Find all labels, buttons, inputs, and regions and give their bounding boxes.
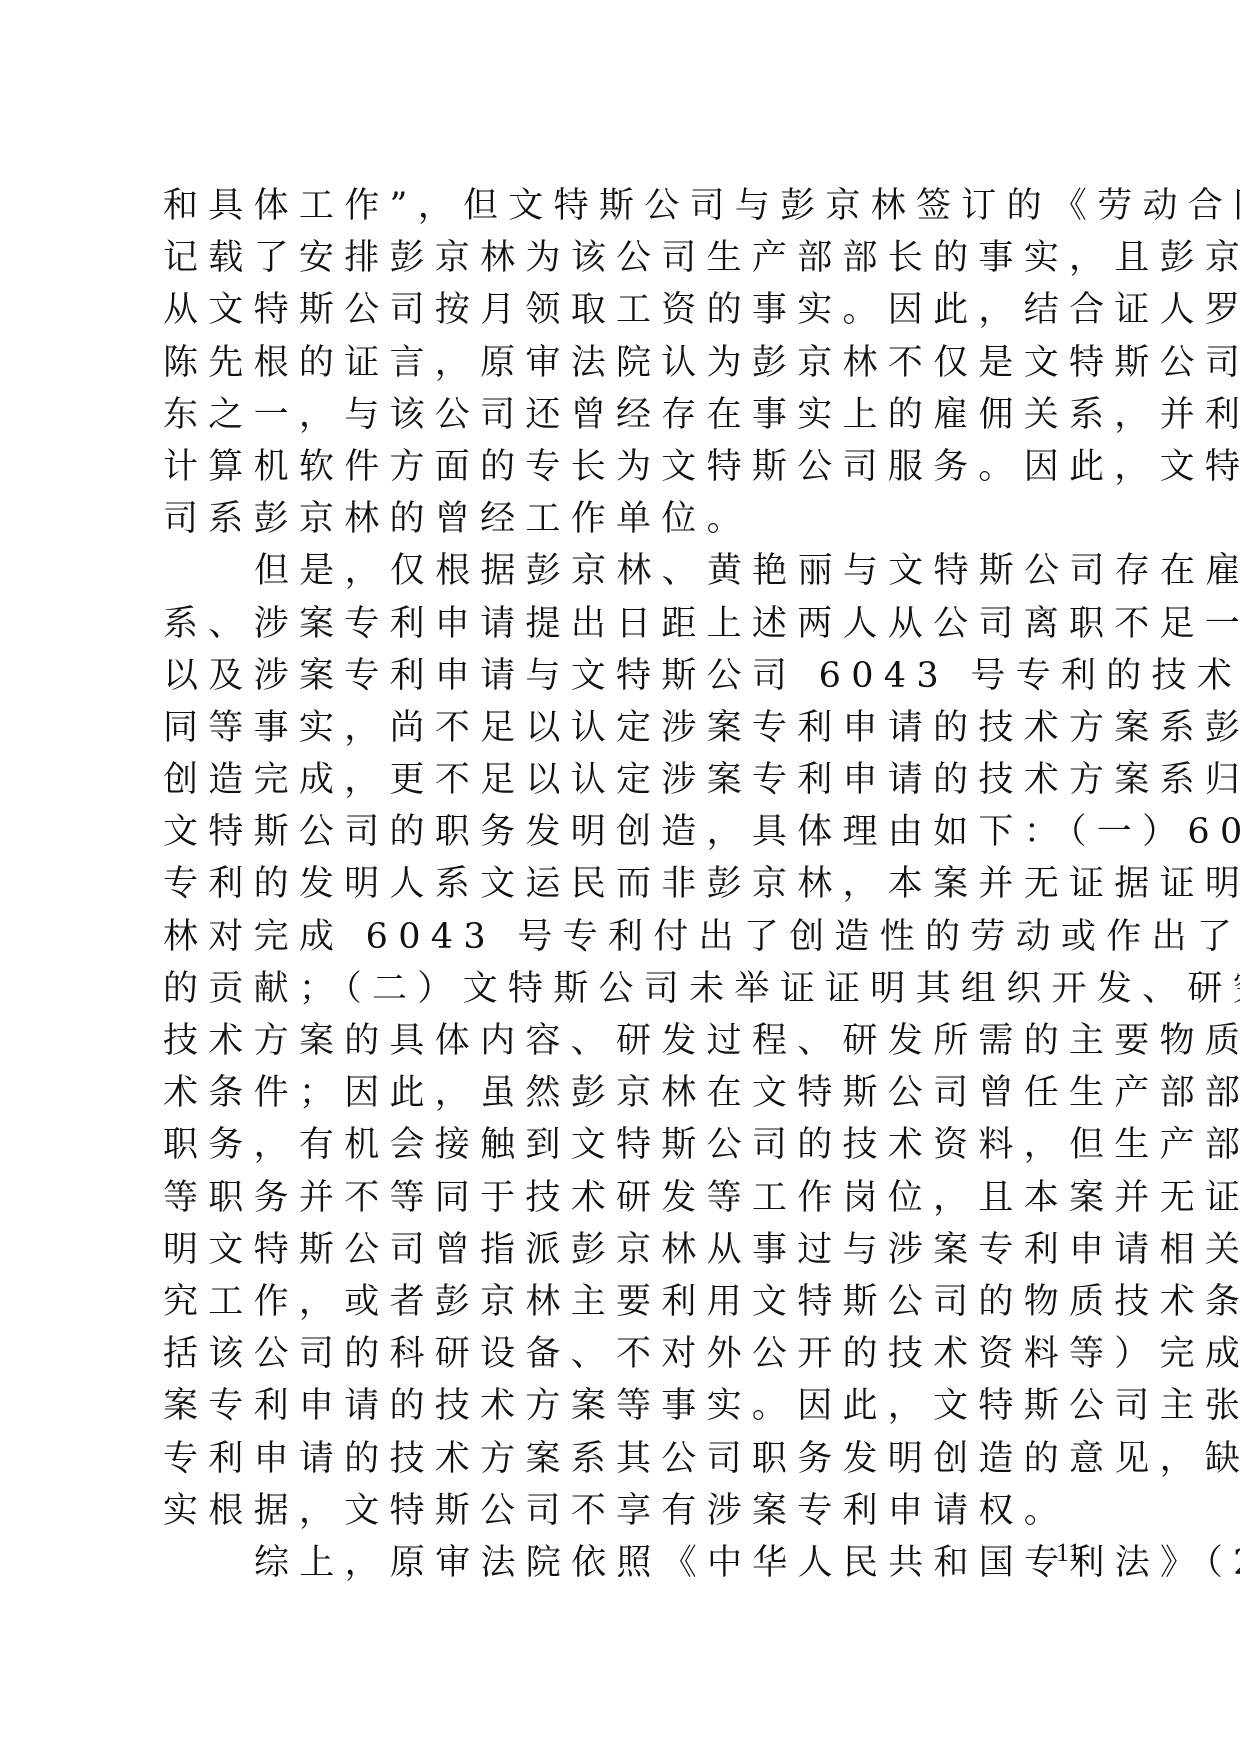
paragraph-start-line: 综上，原审法院依照《中华人民共和国专利法》（2008 — [163, 1537, 1093, 1589]
text-line: 系、涉案专利申请提出日距上述两人从公司离职不足一年， — [163, 598, 1093, 650]
text-line: 陈先根的证言，原审法院认为彭京林不仅是文特斯公司的股 — [163, 337, 1093, 389]
text-line: 等职务并不等同于技术研发等工作岗位，且本案并无证据证 — [163, 1172, 1093, 1224]
text-line: 专利的发明人系文运民而非彭京林，本案并无证据证明彭京 — [163, 858, 1093, 910]
text-line: 术条件；因此，虽然彭京林在文特斯公司曾任生产部部长等 — [163, 1067, 1093, 1119]
text-line: 职务，有机会接触到文特斯公司的技术资料，但生产部部长 — [163, 1119, 1093, 1171]
text-line: 从文特斯公司按月领取工资的事实。因此，结合证人罗雄、 — [163, 284, 1093, 336]
text-line: 案专利申请的技术方案等事实。因此，文特斯公司主张涉案 — [163, 1380, 1093, 1432]
text-line: 以及涉案专利申请与文特斯公司 6043 号专利的技术领域相 — [163, 650, 1093, 702]
text-line: 技术方案的具体内容、研发过程、研发所需的主要物质或技 — [163, 1015, 1093, 1067]
text-line: 文特斯公司的职务发明创造，具体理由如下：（一）6043 号 — [163, 806, 1093, 858]
text-line: 括该公司的科研设备、不对外公开的技术资料等）完成了涉 — [163, 1328, 1093, 1380]
text-line: 明文特斯公司曾指派彭京林从事过与涉案专利申请相关的研 — [163, 1224, 1093, 1276]
page-number: 11 — [1056, 1538, 1081, 1568]
text-line: 的贡献；（二）文特斯公司未举证证明其组织开发、研究的 — [163, 963, 1093, 1015]
text-line: 实根据，文特斯公司不享有涉案专利申请权。 — [163, 1485, 1093, 1537]
text-line: 专利申请的技术方案系其公司职务发明创造的意见，缺乏事 — [163, 1433, 1093, 1485]
text-line: 林对完成 6043 号专利付出了创造性的劳动或作出了实质性 — [163, 911, 1093, 963]
text-line: 和具体工作”，但文特斯公司与彭京林签订的《劳动合同书》 — [163, 180, 1093, 232]
text-line: 究工作，或者彭京林主要利用文特斯公司的物质技术条件（包 — [163, 1276, 1093, 1328]
text-line: 记载了安排彭京林为该公司生产部部长的事实，且彭京林有 — [163, 232, 1093, 284]
paragraph-start-line: 但是，仅根据彭京林、黄艳丽与文特斯公司存在雇佣关 — [163, 545, 1093, 597]
text-line: 创造完成，更不足以认定涉案专利申请的技术方案系归属于 — [163, 754, 1093, 806]
body-text: 和具体工作”，但文特斯公司与彭京林签订的《劳动合同书》 记载了安排彭京林为该公司… — [163, 180, 1093, 1589]
text-line: 计算机软件方面的专长为文特斯公司服务。因此，文特斯公 — [163, 441, 1093, 493]
text-line: 同等事实，尚不足以认定涉案专利申请的技术方案系彭京林 — [163, 702, 1093, 754]
document-page: 和具体工作”，但文特斯公司与彭京林签订的《劳动合同书》 记载了安排彭京林为该公司… — [0, 0, 1240, 1754]
text-line: 东之一，与该公司还曾经存在事实上的雇佣关系，并利用在 — [163, 389, 1093, 441]
text-line: 司系彭京林的曾经工作单位。 — [163, 493, 1093, 545]
